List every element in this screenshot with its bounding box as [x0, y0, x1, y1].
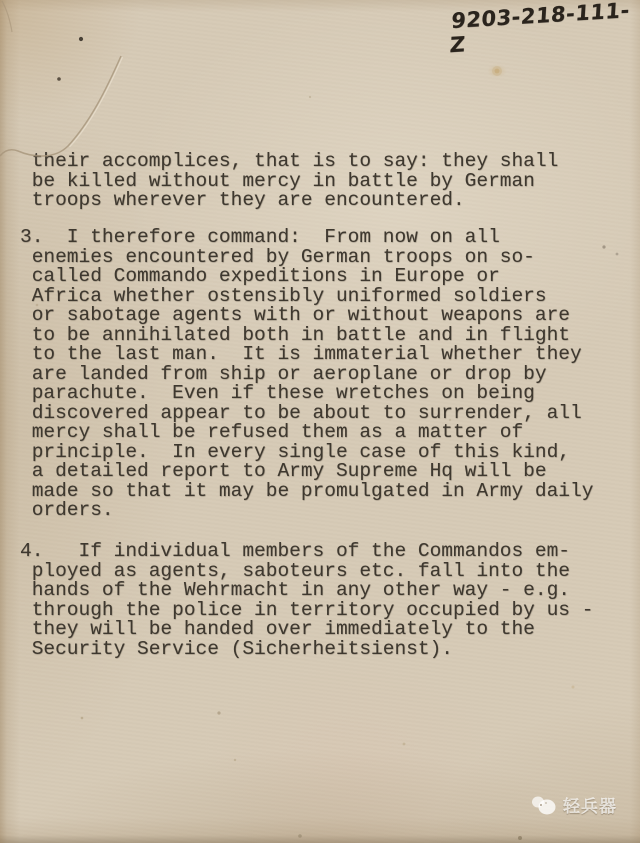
document-page: 9203-218-111-Z their accomplices, that i…: [0, 0, 640, 843]
paragraph-continuation: their accomplices, that is to say: they …: [20, 152, 558, 211]
paragraph-item-4: 4. If individual members of the Commando…: [20, 542, 593, 659]
paragraph-item-3: 3. I therefore command: From now on all …: [20, 228, 593, 521]
dove-logo-icon: [530, 793, 558, 817]
handwritten-reference-number: 9203-218-111-Z: [449, 0, 640, 57]
watermark: 轻兵器: [530, 792, 617, 817]
watermark-label: 轻兵器: [563, 792, 617, 817]
